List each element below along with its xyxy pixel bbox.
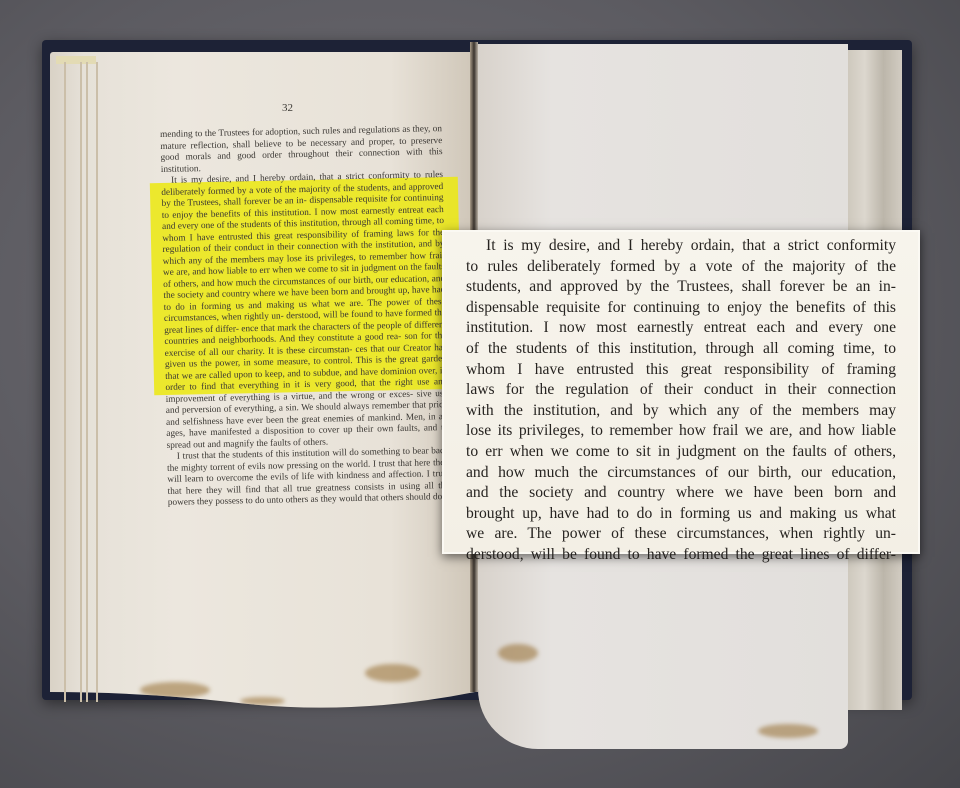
left-page-edges [58,62,118,702]
inset-line: and how much the circumstances of our bi… [466,463,896,484]
magnified-inset: It is my desire, and I hereby ordain, th… [442,230,920,554]
inset-line: of the students of this institution, thr… [466,339,896,360]
inset-line: students, and approved by the Trustees, … [466,277,896,298]
inset-line: with the institution, and by which any o… [466,401,896,422]
paragraph-highlighted: It is my desire, and I hereby ordain, th… [161,170,449,452]
inset-line: institution. I now most earnestly entrea… [466,318,896,339]
inset-line: brought up, have had to do in forming us… [466,504,896,525]
inset-line: we are. The power of these circumstances… [466,524,896,545]
inset-line: lose its privileges, to remember how fra… [466,421,896,442]
inset-line: and the society and country where we hav… [466,483,896,504]
paragraph-intro: mending to the Trustees for adoption, su… [160,124,443,176]
inset-line: laws for the regulation of their conduct… [466,380,896,401]
inset-line: derstood, will be found to have formed t… [466,545,896,566]
page-number: 32 [282,102,293,114]
inset-line: whom I have entrusted this great respons… [466,360,896,381]
inset-line: to err when we come to sit in judgment o… [466,442,896,463]
inset-text: It is my desire, and I hereby ordain, th… [466,236,896,566]
inset-line: It is my desire, and I hereby ordain, th… [466,236,896,257]
inset-line: to rules deliberately formed by a vote o… [466,257,896,278]
left-page-text: mending to the Trustees for adoption, su… [160,124,450,509]
paragraph-second: I trust that the students of this instit… [167,446,450,509]
inset-line: dispensable requisite for continuing to … [466,298,896,319]
